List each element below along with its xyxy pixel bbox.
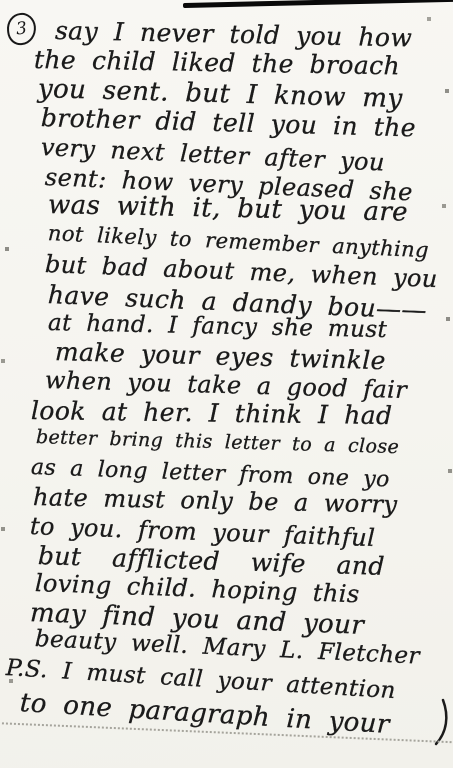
- scan-edge-artifact: [183, 0, 453, 8]
- paper-specks: [0, 0, 2, 2]
- handwritten-line: was with it, but you are: [48, 190, 409, 228]
- handwritten-line: look at her. I think I had: [31, 396, 393, 430]
- page-number-badge: 3: [5, 12, 37, 47]
- letter-page: 3 say I never told you how the child lik…: [0, 0, 453, 768]
- page-number: 3: [15, 18, 28, 39]
- handwritten-line: better bring this letter to a close: [36, 426, 400, 458]
